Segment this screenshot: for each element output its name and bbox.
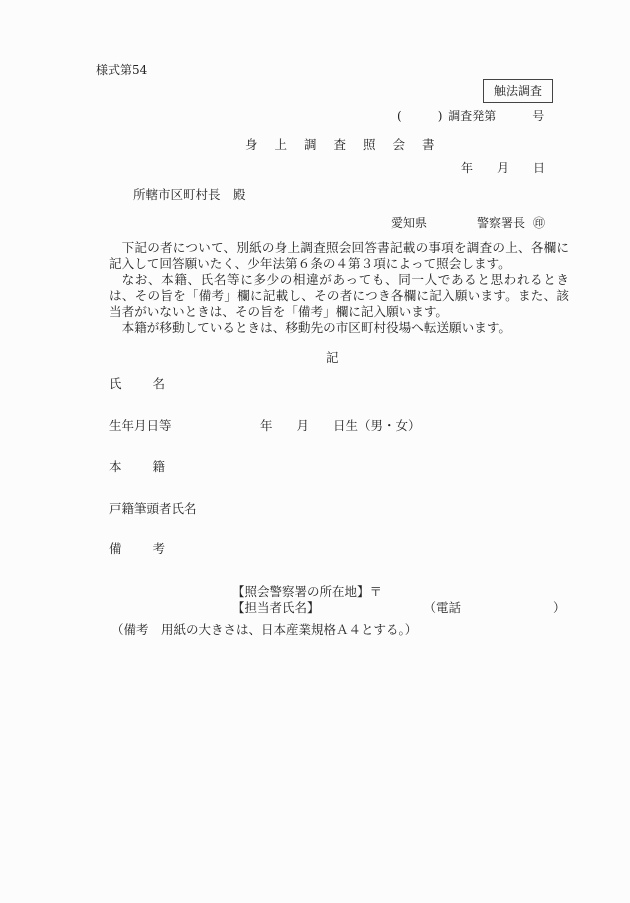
classification-box: 触法調査 [483, 79, 553, 103]
police-address-label: 【照会警察署の所在地】〒 [232, 584, 382, 600]
dob-year: 年 [260, 418, 273, 434]
body-text: 下記の者について、別紙の身上調査照会回答書記載の事項を調査の上、各欄に記入して回… [109, 240, 569, 336]
field-name: 氏名 [109, 376, 165, 392]
addressee: 所轄市区町村長 殿 [133, 187, 246, 203]
ref-close-paren: ) [438, 108, 443, 124]
seal-icon: ㊞ [533, 215, 545, 231]
ref-open-paren: ( [397, 108, 402, 124]
ref-label: 調査発第 [448, 108, 496, 124]
sender-title: 警察署長 [477, 215, 525, 231]
reference-number-line: () 調査発第号 [397, 108, 544, 124]
form-number: 様式第54 [96, 62, 147, 78]
officer-label: 【担当者氏名】 [232, 600, 320, 616]
date-month: 月 [497, 160, 509, 176]
field-household-head: 戸籍筆頭者氏名 [109, 501, 197, 517]
field-label: 生年月日等 [109, 418, 165, 434]
phone-close: ） [553, 600, 566, 616]
phone-open: （電話 [424, 600, 462, 616]
body-paragraph: なお、本籍、氏名等に多少の相違があっても、同一人であると思われるときは、その旨を… [109, 272, 569, 320]
field-remarks: 備考 [109, 541, 165, 557]
dob-day: 日生 [333, 418, 358, 434]
birthdate-suffix: 年月日生（男・女） [260, 418, 421, 434]
field-label: 戸籍筆頭者氏名 [109, 501, 197, 516]
body-paragraph: 本籍が移動しているときは、移動先の市区町村役場へ転送願います。 [109, 320, 569, 336]
field-label: 備考 [109, 541, 165, 557]
date-line: 年月日 [461, 160, 545, 176]
field-birthdate: 生年月日等 [109, 418, 165, 434]
field-label: 本籍 [109, 459, 165, 475]
paper-size-note: （備考 用紙の大きさは、日本産業規格Ａ４とする。） [111, 622, 417, 638]
date-day: 日 [533, 160, 545, 176]
sender-line: 愛知県警察署長㊞ [391, 215, 545, 231]
ref-suffix: 号 [532, 108, 544, 124]
dob-sex: （男・女） [358, 418, 421, 434]
field-honseki: 本籍 [109, 459, 165, 475]
ki-heading: 記 [326, 350, 339, 366]
officer-line: 【担当者氏名】（電話） [232, 600, 566, 616]
document-title: 身上調査照会書 [245, 137, 452, 153]
sender-prefecture: 愛知県 [391, 215, 427, 231]
date-year: 年 [461, 160, 473, 176]
dob-month: 月 [297, 418, 310, 434]
body-paragraph: 下記の者について、別紙の身上調査照会回答書記載の事項を調査の上、各欄に記入して回… [109, 240, 569, 272]
field-label: 氏名 [109, 376, 165, 392]
